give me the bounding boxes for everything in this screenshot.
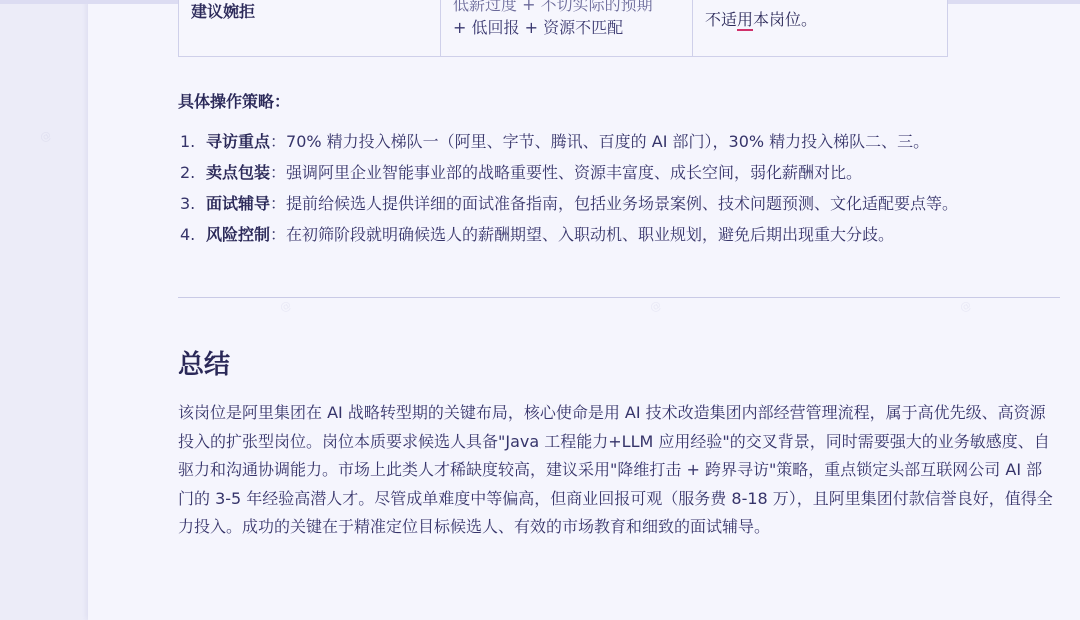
- left-margin: [0, 0, 88, 620]
- list-number: 4.: [180, 223, 195, 247]
- list-item-sep: ：: [270, 132, 286, 151]
- table-cell-conclusion: 不适用本岗位。: [693, 0, 947, 56]
- recommendation-table-fragment: 建议婉拒 低薪过度 + 不切实际的预期 + 低回报 + 资源不匹配 不适用本岗位…: [178, 0, 948, 57]
- spellcheck-underline: 用: [737, 10, 753, 31]
- table-cell-label: 建议婉拒: [179, 0, 441, 56]
- list-number: 2.: [180, 161, 195, 185]
- list-item-text: 提前给候选人提供详细的面试准备指南，包括业务场景案例、技术问题预测、文化适配要点…: [286, 194, 958, 213]
- summary-heading: 总结: [178, 344, 230, 381]
- section-divider: [178, 297, 1060, 298]
- list-item-sep: ：: [270, 225, 286, 244]
- list-item: 4. 风险控制：在初筛阶段就明确候选人的薪酬期望、入职动机、职业规划，避免后期出…: [178, 223, 1068, 247]
- list-number: 3.: [180, 192, 195, 216]
- list-item-text: 强调阿里企业智能事业部的战略重要性、资源丰富度、成长空间，弱化薪酬对比。: [286, 163, 862, 182]
- reason-clipped-line: 低薪过度 + 不切实际的预期: [453, 0, 680, 16]
- list-item: 1. 寻访重点：70% 精力投入梯队一（阿里、字节、腾讯、百度的 AI 部门），…: [178, 130, 1068, 154]
- list-item-sep: ：: [270, 194, 286, 213]
- list-item-key: 风险控制: [206, 225, 270, 244]
- list-item: 2. 卖点包装：强调阿里企业智能事业部的战略重要性、资源丰富度、成长空间，弱化薪…: [178, 161, 1068, 185]
- list-item-key: 面试辅导: [206, 194, 270, 213]
- list-item-key: 寻访重点: [206, 132, 270, 151]
- strategy-list: 1. 寻访重点：70% 精力投入梯队一（阿里、字节、腾讯、百度的 AI 部门），…: [178, 130, 1068, 254]
- list-item-text: 70% 精力投入梯队一（阿里、字节、腾讯、百度的 AI 部门），30% 精力投入…: [286, 132, 929, 151]
- strategy-heading: 具体操作策略：: [178, 89, 290, 112]
- row-label: 建议婉拒: [191, 2, 255, 21]
- list-item-sep: ：: [270, 163, 286, 182]
- conclusion-text: 不适用本岗位。: [705, 10, 817, 31]
- reason-line: + 低回报 + 资源不匹配: [453, 18, 623, 37]
- summary-paragraph: 该岗位是阿里集团在 AI 战略转型期的关键布局，核心使命是用 AI 技术改造集团…: [178, 399, 1056, 542]
- list-item-key: 卖点包装: [206, 163, 270, 182]
- table-cell-reason: 低薪过度 + 不切实际的预期 + 低回报 + 资源不匹配: [441, 0, 693, 56]
- list-number: 1.: [180, 130, 195, 154]
- list-item: 3. 面试辅导：提前给候选人提供详细的面试准备指南，包括业务场景案例、技术问题预…: [178, 192, 1066, 216]
- list-item-text: 在初筛阶段就明确候选人的薪酬期望、入职动机、职业规划，避免后期出现重大分歧。: [286, 225, 894, 244]
